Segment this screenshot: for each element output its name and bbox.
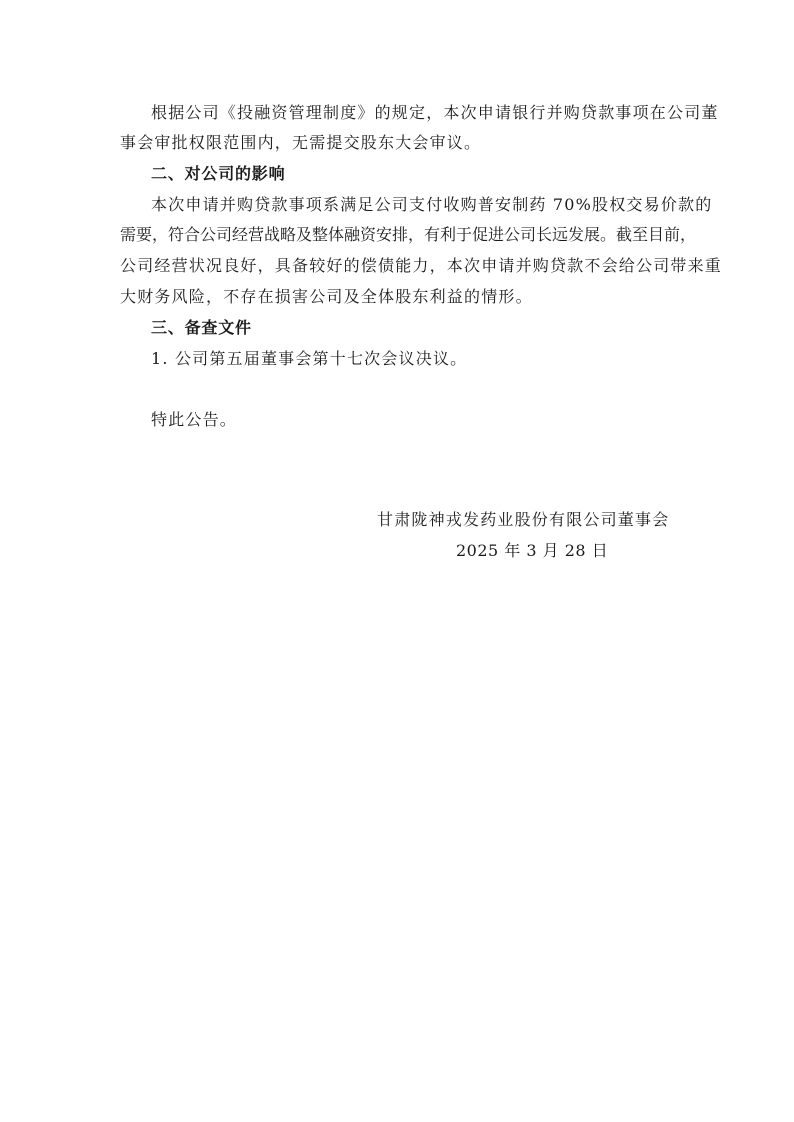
paragraph-approval-line-2: 事会审批权限范围内，无需提交股东大会审议。 <box>120 133 481 153</box>
signature-company: 甘肃陇神戎发药业股份有限公司董事会 <box>377 510 669 530</box>
section-heading-documents: 三、备查文件 <box>151 318 252 338</box>
paragraph-impact-line-2: 需要，符合公司经营战略及整体融资安排，有利于促进公司长远发展。截至目前， <box>120 225 679 245</box>
signature-date: 2025 年 3 月 28 日 <box>456 541 608 561</box>
paragraph-impact-line-3: 公司经营状况良好，具备较好的偿债能力，本次申请并购贷款不会给公司带来重 <box>120 256 679 276</box>
document-page: 根据公司《投融资管理制度》的规定，本次申请银行并购贷款事项在公司董 事会审批权限… <box>0 0 794 1122</box>
paragraph-impact-line-1: 本次申请并购贷款事项系满足公司支付收购普安制药 70%股权交易价款的 <box>151 195 679 215</box>
paragraph-approval-line-1: 根据公司《投融资管理制度》的规定，本次申请银行并购贷款事项在公司董 <box>151 103 679 123</box>
document-list-item: 1. 公司第五届董事会第十七次会议决议。 <box>151 349 467 369</box>
section-heading-impact: 二、对公司的影响 <box>151 164 285 184</box>
closing-statement: 特此公告。 <box>151 410 237 430</box>
paragraph-impact-line-4: 大财务风险，不存在损害公司及全体股东利益的情形。 <box>120 287 533 307</box>
